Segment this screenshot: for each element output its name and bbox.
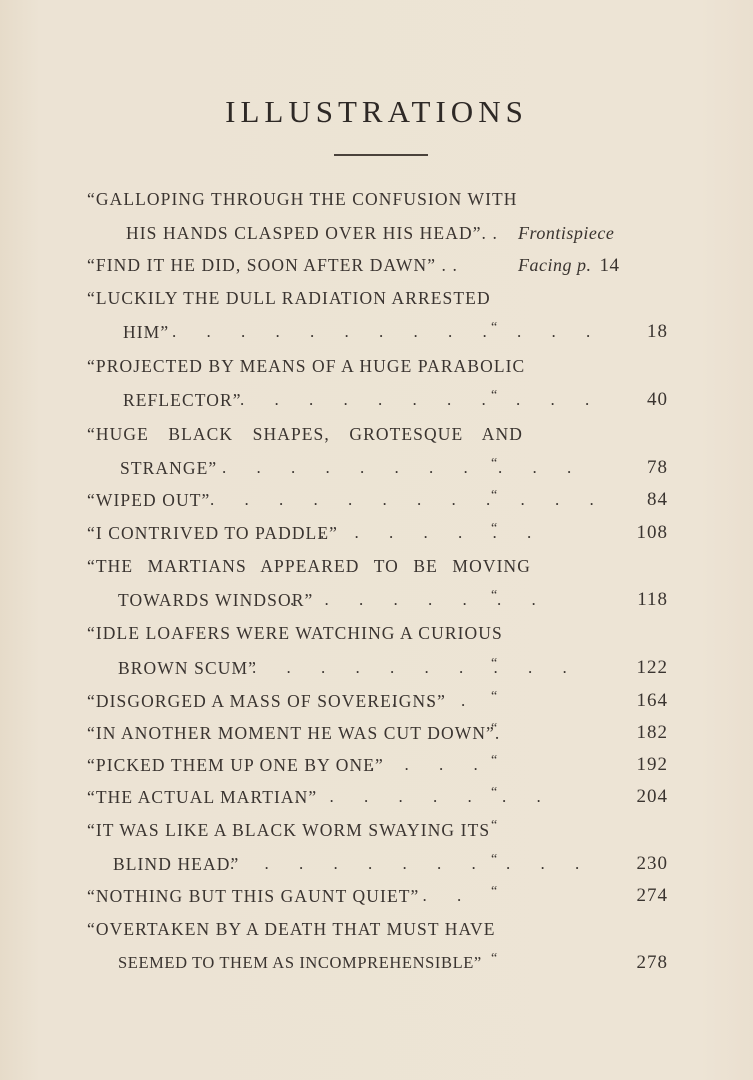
entry-caption: “NOTHING BUT THIS GAUNT QUIET” — [87, 883, 419, 909]
entry-caption: “IN ANOTHER MOMENT HE WAS CUT DOWN”. — [87, 720, 500, 746]
entry-caption: “PROJECTED BY MEANS OF A HUGE PARABOLIC — [87, 353, 525, 379]
dot-leader: . . . . . . . . . . . — [222, 455, 584, 481]
entry-caption-continued: SEEMED TO THEM AS INCOMPREHENSIBLE” — [118, 950, 482, 976]
list-item-line: “THE ACTUAL MARTIAN” . . . . . . . . “ 2… — [0, 784, 753, 810]
list-item-line: “LUCKILY THE DULL RADIATION ARRESTED — [0, 285, 753, 311]
ditto-mark: “ — [491, 451, 498, 477]
ditto-mark: “ — [491, 813, 498, 839]
page-number: 18 — [647, 319, 668, 345]
entry-caption: “I CONTRIVED TO PADDLE” — [87, 520, 338, 546]
entry-caption: “FIND IT HE DID, SOON AFTER DAWN” . . — [87, 252, 458, 278]
list-item-line: “WIPED OUT” . . . . . . . . . . . . “ 84 — [0, 487, 753, 513]
entry-caption-continued: HIM” — [123, 319, 169, 345]
ditto-mark: “ — [491, 847, 498, 873]
ditto-mark: “ — [491, 315, 498, 341]
ditto-mark: “ — [491, 716, 498, 742]
list-item-line: “OVERTAKEN BY A DEATH THAT MUST HAVE — [0, 916, 753, 942]
dot-leader: . . . . . . . . . . . . — [210, 487, 607, 513]
entry-caption: “GALLOPING THROUGH THE CONFUSION WITH — [87, 186, 518, 212]
ditto-mark: “ — [491, 748, 498, 774]
page-number: 164 — [637, 688, 669, 714]
dot-leader: . . . . — [370, 752, 491, 778]
page-number: 118 — [637, 587, 668, 613]
ditto-mark: “ — [491, 583, 498, 609]
list-item-line: STRANGE” . . . . . . . . . . . “ 78 — [0, 455, 753, 481]
page-number: 182 — [637, 720, 669, 746]
page-number: 192 — [637, 752, 669, 778]
entry-caption: “WIPED OUT” — [87, 487, 210, 513]
page-number: 84 — [647, 487, 668, 513]
page-number: 122 — [637, 655, 669, 681]
page-title: ILLUSTRATIONS — [0, 94, 753, 130]
ditto-mark: “ — [491, 383, 498, 409]
list-item-line: “PROJECTED BY MEANS OF A HUGE PARABOLIC — [0, 353, 753, 379]
list-item-line: “GALLOPING THROUGH THE CONFUSION WITH — [0, 186, 753, 212]
dot-leader: . . . — [392, 688, 478, 714]
ditto-mark: “ — [491, 516, 498, 542]
ditto-mark: “ — [491, 651, 498, 677]
list-item-line: “I CONTRIVED TO PADDLE” . . . . . . . “ … — [0, 520, 753, 546]
dot-leader: . . . . . . . . . . . — [230, 851, 592, 877]
list-item-line: “DISGORGED A MASS OF SOVEREIGNS” . . . “… — [0, 688, 753, 714]
page-number: 274 — [637, 883, 669, 909]
entry-caption: “THE MARTIANS APPEARED TO BE MOVING — [87, 553, 531, 579]
list-item-line: “IN ANOTHER MOMENT HE WAS CUT DOWN”. “ 1… — [0, 720, 753, 746]
entry-locator: Facing p.14 — [518, 252, 620, 279]
ditto-mark: “ — [491, 780, 498, 806]
dot-leader: . . . . . . . . . . — [252, 655, 580, 681]
dot-leader: . . . . . . . . . . . . . — [172, 319, 603, 345]
entry-caption: “IT WAS LIKE A BLACK WORM SWAYING ITS — [87, 817, 490, 843]
ditto-mark: “ — [491, 684, 498, 710]
page-number: 78 — [647, 455, 668, 481]
entry-caption: “HUGE BLACK SHAPES, GROTESQUE AND — [87, 421, 523, 447]
list-item-line: HIM” . . . . . . . . . . . . . “ 18 — [0, 319, 753, 345]
entry-caption-continued: STRANGE” — [120, 455, 217, 481]
list-item-line: BROWN SCUM” . . . . . . . . . . “ 122 — [0, 655, 753, 681]
entry-caption: “PICKED THEM UP ONE BY ONE” — [87, 752, 384, 778]
entry-caption-continued: REFLECTOR” — [123, 387, 242, 413]
entry-caption: “OVERTAKEN BY A DEATH THAT MUST HAVE — [87, 916, 496, 942]
list-item-line: TOWARDS WINDSOR” . . . . . . . . “ 118 — [0, 587, 753, 613]
list-item-line: HIS HANDS CLASPED OVER HIS HEAD”. . Fron… — [0, 220, 753, 246]
list-item-line: “HUGE BLACK SHAPES, GROTESQUE AND — [0, 421, 753, 447]
entry-caption: “THE ACTUAL MARTIAN” — [87, 784, 317, 810]
page-number: 278 — [637, 950, 669, 976]
list-item-line: “THE MARTIANS APPEARED TO BE MOVING — [0, 553, 753, 579]
list-item-line: “IDLE LOAFERS WERE WATCHING A CURIOUS — [0, 620, 753, 646]
dot-leader: . . . . . . . . — [295, 784, 554, 810]
list-item-line: “IT WAS LIKE A BLACK WORM SWAYING ITS “ — [0, 817, 753, 843]
list-item-line: REFLECTOR” . . . . . . . . . . . “ 40 — [0, 387, 753, 413]
list-item-line: “FIND IT HE DID, SOON AFTER DAWN” . . Fa… — [0, 252, 753, 278]
page-number: 108 — [637, 520, 669, 546]
ditto-mark: “ — [491, 879, 498, 905]
entry-caption-continued: TOWARDS WINDSOR” — [118, 587, 313, 613]
page-number: 204 — [637, 784, 669, 810]
frontispiece-label: Frontispiece — [518, 223, 614, 243]
list-item-line: SEEMED TO THEM AS INCOMPREHENSIBLE” “ 27… — [0, 950, 753, 976]
page-number: 230 — [637, 851, 669, 877]
entry-caption: “LUCKILY THE DULL RADIATION ARRESTED — [87, 285, 491, 311]
entry-caption-continued: HIS HANDS CLASPED OVER HIS HEAD”. . — [126, 220, 498, 246]
ditto-mark: “ — [491, 483, 498, 509]
ditto-mark: “ — [491, 946, 498, 972]
dot-leader: . . . . . . . . . . . — [240, 387, 602, 413]
dot-leader: . . . . . . . — [320, 520, 544, 546]
dot-leader: . . . — [388, 883, 474, 909]
title-rule-divider — [334, 154, 428, 156]
page-number: 14 — [600, 255, 620, 276]
dot-leader: . . . . . . . . — [290, 587, 549, 613]
entry-locator: Frontispiece — [518, 220, 614, 246]
facing-page-label: Facing p. — [518, 255, 592, 275]
list-item-line: BLIND HEAD” . . . . . . . . . . . “ 230 — [0, 851, 753, 877]
list-item-line: “NOTHING BUT THIS GAUNT QUIET” . . . “ 2… — [0, 883, 753, 909]
page-number: 40 — [647, 387, 668, 413]
entry-caption-continued: BLIND HEAD” — [113, 851, 239, 877]
entry-caption-continued: BROWN SCUM” — [118, 655, 257, 681]
entry-caption: “IDLE LOAFERS WERE WATCHING A CURIOUS — [87, 620, 503, 646]
list-item-line: “PICKED THEM UP ONE BY ONE” . . . . “ 19… — [0, 752, 753, 778]
